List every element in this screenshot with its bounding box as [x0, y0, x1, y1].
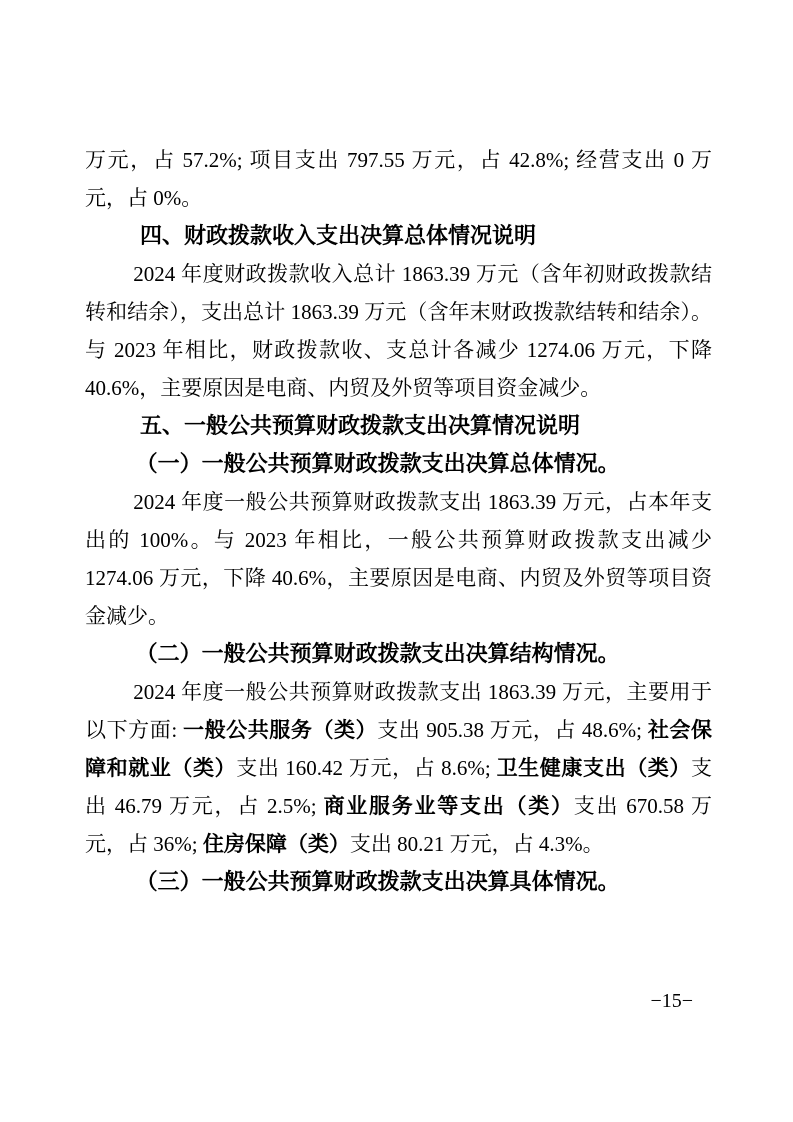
paragraph: 2024 年度财政拨款收入总计 1863.39 万元（含年初财政拨款结转和结余）… — [85, 255, 712, 407]
bold-text-run: （一）一般公共预算财政拨款支出决算总体情况。 — [136, 451, 620, 476]
text-run: 2024 年度一般公共预算财政拨款支出 1863.39 万元，占本年支出的 10… — [85, 490, 712, 628]
text-run: 万元，占 57.2%; 项目支出 797.55 万元，占 42.8%; 经营支出… — [85, 148, 712, 210]
bold-text-run: （三）一般公共预算财政拨款支出决算具体情况。 — [136, 869, 620, 894]
bold-text-run: 商业服务业等支出（类） — [324, 794, 574, 818]
bold-text-run: 五、一般公共预算财政拨款支出决算情况说明 — [140, 413, 580, 438]
text-run: 支出 80.21 万元，占 4.3%。 — [350, 832, 604, 856]
section-heading: （一）一般公共预算财政拨款支出决算总体情况。 — [85, 445, 712, 483]
document-body: 万元，占 57.2%; 项目支出 797.55 万元，占 42.8%; 经营支出… — [85, 141, 712, 901]
bold-text-run: 四、财政拨款收入支出决算总体情况说明 — [140, 223, 536, 248]
paragraph: 2024 年度一般公共预算财政拨款支出 1863.39 万元，主要用于以下方面:… — [85, 673, 712, 863]
text-run: 2024 年度财政拨款收入总计 1863.39 万元（含年初财政拨款结转和结余）… — [85, 262, 712, 400]
paragraph: 2024 年度一般公共预算财政拨款支出 1863.39 万元，占本年支出的 10… — [85, 483, 712, 635]
text-run: 支出 160.42 万元，占 8.6%; — [236, 756, 496, 780]
section-heading: 四、财政拨款收入支出决算总体情况说明 — [85, 217, 712, 255]
page-number: −15− — [650, 990, 693, 1012]
bold-text-run: 住房保障（类） — [203, 832, 350, 856]
page-footer: −15− — [650, 988, 693, 1014]
section-heading: （二）一般公共预算财政拨款支出决算结构情况。 — [85, 635, 712, 673]
bold-text-run: 卫生健康支出（类） — [497, 756, 691, 780]
section-heading: （三）一般公共预算财政拨款支出决算具体情况。 — [85, 863, 712, 901]
document-page: 万元，占 57.2%; 项目支出 797.55 万元，占 42.8%; 经营支出… — [0, 0, 793, 1122]
section-heading: 五、一般公共预算财政拨款支出决算情况说明 — [85, 407, 712, 445]
bold-text-run: 一般公共服务（类） — [183, 718, 377, 742]
text-run: 支出 905.38 万元，占 48.6%; — [377, 718, 648, 742]
bold-text-run: （二）一般公共预算财政拨款支出决算结构情况。 — [136, 641, 620, 666]
paragraph: 万元，占 57.2%; 项目支出 797.55 万元，占 42.8%; 经营支出… — [85, 141, 712, 217]
